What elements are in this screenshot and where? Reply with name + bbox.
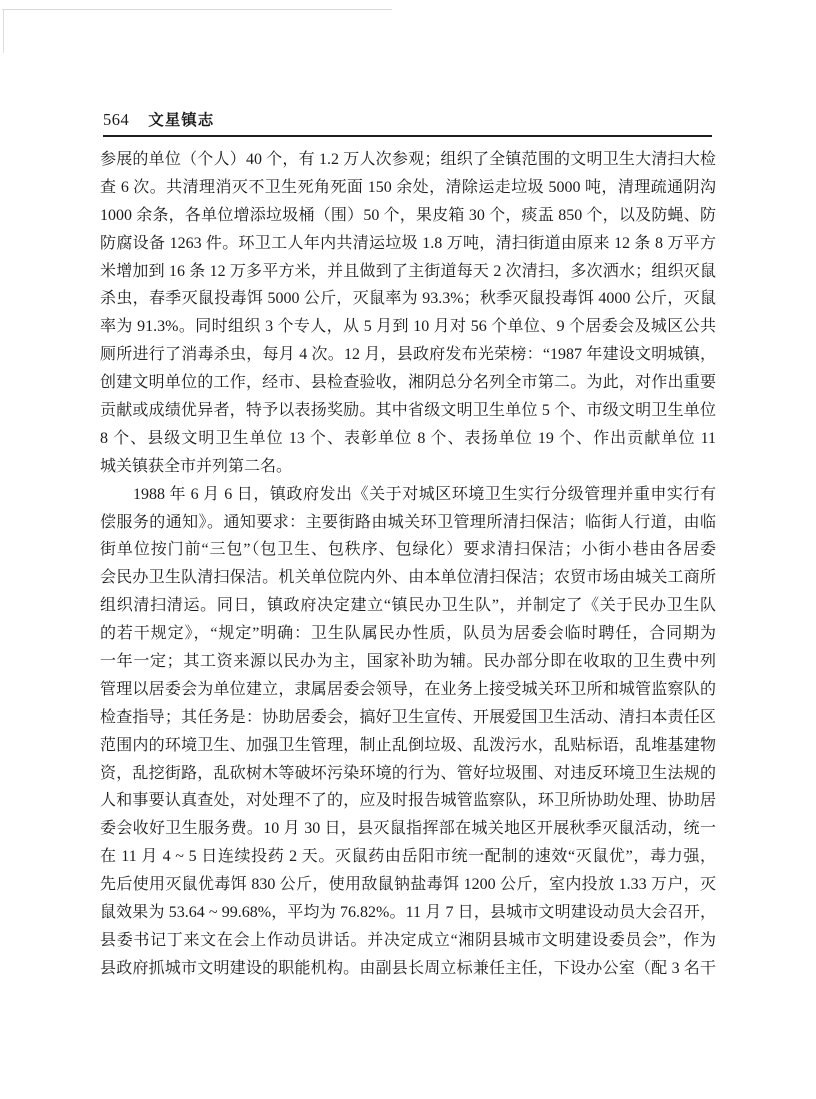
text-line: 人和事要认真查处，对处理不了的，应及时报告城管监察队，环卫所协助处理、协助居 xyxy=(100,787,716,815)
text-line: 参展的单位（个人）40 个，有 1.2 万人次参观；组织了全镇范围的文明卫生大清… xyxy=(100,146,716,174)
text-line: 范围内的环境卫生、加强卫生管理，制止乱倒垃圾、乱泼污水，乱贴标语，乱堆基建物 xyxy=(100,732,716,760)
text-line: 会民办卫生队清扫保洁。机关单位院内外、由本单位清扫保洁；农贸市场由城关工商所 xyxy=(100,564,716,592)
scan-artifact-top-edge xyxy=(2,9,392,10)
text-line: 检查指导；其任务是：协助居委会，搞好卫生宣传、开展爱国卫生活动、清扫本责任区 xyxy=(100,704,716,732)
text-line: 组织清扫清运。同日，镇政府决定建立“镇民办卫生队”，并制定了《关于民办卫生队 xyxy=(100,592,716,620)
text-line: 鼠效果为 53.64 ~ 99.68%，平均为 76.82%。11 月 7 日，… xyxy=(100,899,716,927)
text-line: 8 个、县级文明卫生单位 13 个、表彰单位 8 个、表扬单位 19 个、作出贡… xyxy=(100,425,716,453)
scan-artifact-left-edge xyxy=(3,9,4,53)
page-number: 564 xyxy=(103,110,129,130)
text-line: 资，乱挖街路，乱砍树木等破坏污染环境的行为、管好垃圾围、对违反环境卫生法规的 xyxy=(100,760,716,788)
text-line: 创建文明单位的工作，经市、县检查验收，湘阴总分名列全市第二。为此，对作出重要 xyxy=(100,369,716,397)
text-line: 县委书记丁来文在会上作动员讲话。并决定成立“湘阴县城市文明建设委员会”，作为 xyxy=(100,927,716,955)
text-line: 米增加到 16 条 12 万多平方米，并且做到了主街道每天 2 次清扫，多次洒水… xyxy=(100,258,716,286)
text-line: 委会收好卫生服务费。10 月 30 日，县灭鼠指挥部在城关地区开展秋季灭鼠活动，… xyxy=(100,815,716,843)
paragraph-1: 参展的单位（个人）40 个，有 1.2 万人次参观；组织了全镇范围的文明卫生大清… xyxy=(100,146,716,481)
text-line: 1000 余条，各单位增添垃圾桶（围）50 个，果皮箱 30 个，痰盂 850 … xyxy=(100,202,716,230)
text-line: 贡献或成绩优异者，特予以表扬奖励。其中省级文明卫生单位 5 个、市级文明卫生单位 xyxy=(100,397,716,425)
text-line: 杀虫，春季灭鼠投毒饵 5000 公斤，灭鼠率为 93.3%；秋季灭鼠投毒饵 40… xyxy=(100,285,716,313)
text-line: 一年一定；其工资来源以民办为主，国家补助为辅。民办部分即在收取的卫生费中列支； xyxy=(100,648,716,676)
running-header: 564 文星镇志 xyxy=(103,108,712,137)
text-line: 的若干规定》，“规定”明确：卫生队属民办性质，队员为居委会临时聘任，合同期为 xyxy=(100,620,716,648)
text-line: 偿服务的通知》。通知要求：主要街路由城关环卫管理所清扫保洁；临街人行道，由临 xyxy=(100,509,716,537)
book-title: 文星镇志 xyxy=(148,108,214,130)
body-text: 参展的单位（个人）40 个，有 1.2 万人次参观；组织了全镇范围的文明卫生大清… xyxy=(100,146,716,983)
paragraph-2: 1988 年 6 月 6 日，镇政府发出《关于对城区环境卫生实行分级管理并重申实… xyxy=(100,481,716,983)
text-line: 查 6 次。共清理消灭不卫生死角死面 150 余处，清除运走垃圾 5000 吨，… xyxy=(100,174,716,202)
text-line: 县政府抓城市文明建设的职能机构。由副县长周立标兼任主任，下设办公室（配 3 名干 xyxy=(100,955,716,983)
text-line: 厕所进行了消毒杀虫，每月 4 次。12 月，县政府发布光荣榜：“1987 年建设… xyxy=(100,341,716,369)
text-line: 1988 年 6 月 6 日，镇政府发出《关于对城区环境卫生实行分级管理并重申实… xyxy=(100,481,716,509)
text-line: 率为 91.3%。同时组织 3 个专人，从 5 月到 10 月对 56 个单位、… xyxy=(100,313,716,341)
text-line: 防腐设备 1263 件。环卫工人年内共清运垃圾 1.8 万吨，清扫街道由原来 1… xyxy=(100,230,716,258)
text-line: 城关镇获全市并列第二名。 xyxy=(100,453,716,481)
scanned-book-page: 564 文星镇志 参展的单位（个人）40 个，有 1.2 万人次参观；组织了全镇… xyxy=(0,0,816,1099)
text-line: 先后使用灭鼠优毒饵 830 公斤，使用敌鼠钠盐毒饵 1200 公斤，室内投放 1… xyxy=(100,871,716,899)
text-line: 街单位按门前“三包”（包卫生、包秩序、包绿化）要求清扫保洁；小街小巷由各居委 xyxy=(100,536,716,564)
text-line: 在 11 月 4 ~ 5 日连续投药 2 天。灭鼠药由岳阳市统一配制的速效“灭鼠… xyxy=(100,843,716,871)
text-line: 管理以居委会为单位建立，隶属居委会领导，在业务上接受城关环卫所和城管监察队的 xyxy=(100,676,716,704)
